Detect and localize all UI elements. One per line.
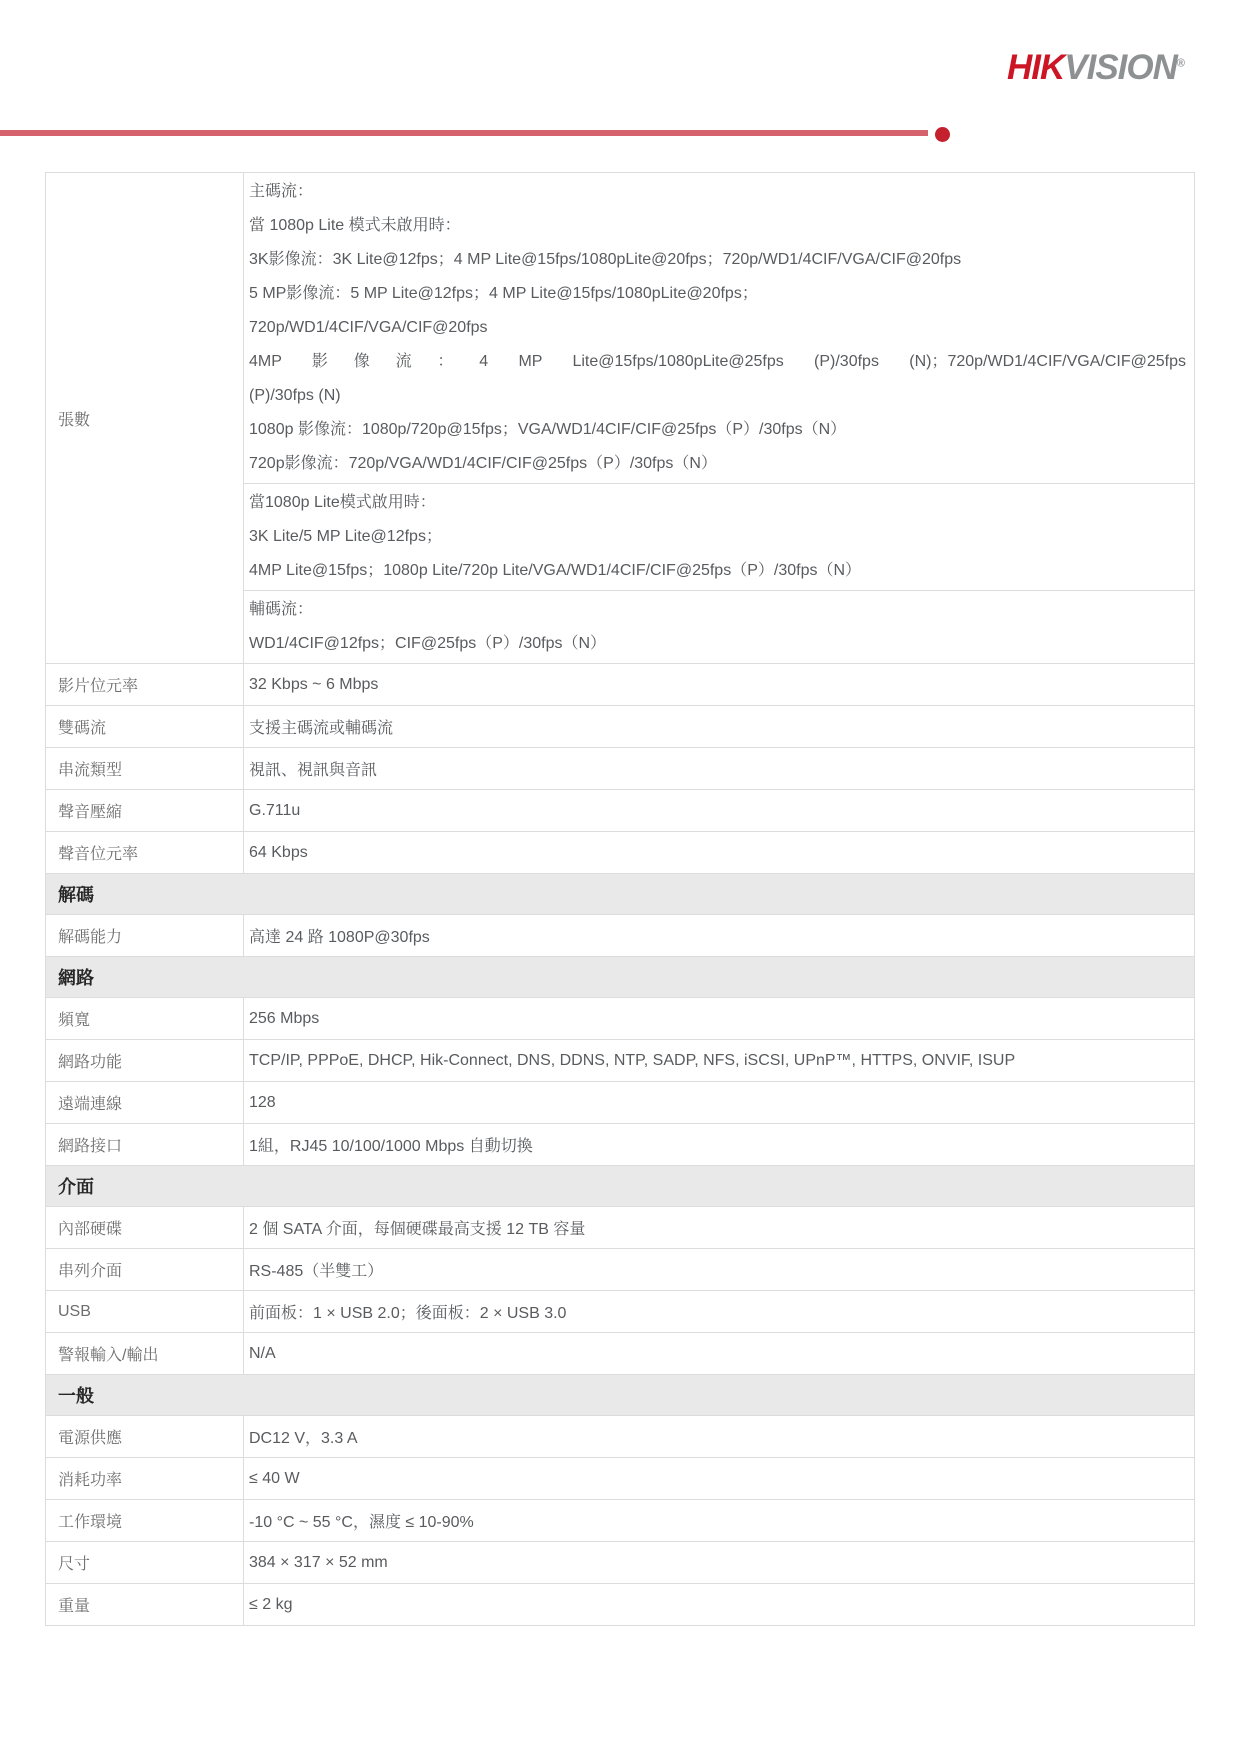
spec-label: 解碼能力 — [46, 915, 244, 956]
spec-label: 警報輸入/輸出 — [46, 1333, 244, 1374]
spec-row: 影片位元率32 Kbps ~ 6 Mbps — [46, 664, 1194, 706]
spec-label: 張數 — [46, 173, 244, 663]
spec-row: 聲音壓縮G.711u — [46, 790, 1194, 832]
spec-row: 頻寬256 Mbps — [46, 998, 1194, 1040]
spec-value: RS-485（半雙工） — [244, 1249, 1194, 1290]
spec-row: 尺寸384 × 317 × 52 mm — [46, 1542, 1194, 1584]
spec-row: 消耗功率≤ 40 W — [46, 1458, 1194, 1500]
spec-value: 256 Mbps — [244, 998, 1194, 1039]
spec-row: 工作環境-10 °C ~ 55 °C，濕度 ≤ 10-90% — [46, 1500, 1194, 1542]
spec-label: 雙碼流 — [46, 706, 244, 747]
spec-row: 雙碼流支援主碼流或輔碼流 — [46, 706, 1194, 748]
spec-value: 高達 24 路 1080P@30fps — [244, 915, 1194, 956]
spec-line: 3K Lite/5 MP Lite@12fps； — [249, 520, 1186, 554]
spec-value-blocks: 主碼流：當 1080p Lite 模式未啟用時：3K影像流：3K Lite@12… — [244, 173, 1194, 663]
spec-value: TCP/IP, PPPoE, DHCP, Hik-Connect, DNS, D… — [244, 1040, 1194, 1081]
spec-row: USB前面板：1 × USB 2.0；後面板：2 × USB 3.0 — [46, 1291, 1194, 1333]
spec-row: 解碼能力高達 24 路 1080P@30fps — [46, 915, 1194, 957]
spec-label: 聲音位元率 — [46, 832, 244, 873]
spec-value: 64 Kbps — [244, 832, 1194, 873]
spec-value: 前面板：1 × USB 2.0；後面板：2 × USB 3.0 — [244, 1291, 1194, 1332]
spec-line: 720p影像流：720p/VGA/WD1/4CIF/CIF@25fps（P）/3… — [249, 447, 1186, 481]
section-title: 介面 — [46, 1173, 94, 1199]
hikvision-logo: HIKVISION® — [1007, 48, 1184, 88]
section-header-row: 解碼 — [46, 874, 1194, 915]
spec-value: ≤ 2 kg — [244, 1584, 1194, 1625]
spec-line: 4MP Lite@15fps；1080p Lite/720p Lite/VGA/… — [249, 554, 1186, 588]
spec-line: 720p/WD1/4CIF/VGA/CIF@20fps — [249, 311, 1186, 345]
spec-label: USB — [46, 1291, 244, 1332]
spec-row: 串列介面RS-485（半雙工） — [46, 1249, 1194, 1291]
section-header-row: 介面 — [46, 1166, 1194, 1207]
spec-value: ≤ 40 W — [244, 1458, 1194, 1499]
spec-value: 視訊、視訊與音訊 — [244, 748, 1194, 789]
spec-label: 影片位元率 — [46, 664, 244, 705]
logo-vision-text: VISION — [1064, 48, 1177, 87]
spec-label: 網路接口 — [46, 1124, 244, 1165]
spec-value: -10 °C ~ 55 °C，濕度 ≤ 10-90% — [244, 1500, 1194, 1541]
page: HIKVISION® 張數主碼流：當 1080p Lite 模式未啟用時：3K影… — [0, 0, 1240, 1754]
spec-value: 支援主碼流或輔碼流 — [244, 706, 1194, 747]
spec-line: 1080p 影像流：1080p/720p@15fps；VGA/WD1/4CIF/… — [249, 413, 1186, 447]
logo-hik-text: HIK — [1007, 48, 1064, 87]
spec-row: 串流類型視訊、視訊與音訊 — [46, 748, 1194, 790]
spec-row: 重量≤ 2 kg — [46, 1584, 1194, 1625]
spec-line: 主碼流： — [249, 175, 1186, 209]
stream-spec-block: 輔碼流：WD1/4CIF@12fps；CIF@25fps（P）/30fps（N） — [244, 591, 1194, 663]
spec-label: 重量 — [46, 1584, 244, 1625]
spec-label: 串流類型 — [46, 748, 244, 789]
spec-line: 3K影像流：3K Lite@12fps；4 MP Lite@15fps/1080… — [249, 243, 1186, 277]
spec-label: 工作環境 — [46, 1500, 244, 1541]
spec-line: 5 MP影像流：5 MP Lite@12fps；4 MP Lite@15fps/… — [249, 277, 1186, 311]
section-header-row: 一般 — [46, 1375, 1194, 1416]
spec-table: 張數主碼流：當 1080p Lite 模式未啟用時：3K影像流：3K Lite@… — [45, 172, 1195, 1626]
spec-line: (P)/30fps (N) — [249, 379, 1186, 413]
spec-row: 聲音位元率64 Kbps — [46, 832, 1194, 874]
spec-value: G.711u — [244, 790, 1194, 831]
spec-label: 網路功能 — [46, 1040, 244, 1081]
section-title: 一般 — [46, 1382, 94, 1408]
spec-label: 頻寬 — [46, 998, 244, 1039]
header-divider-dot — [935, 127, 950, 142]
spec-value: 384 × 317 × 52 mm — [244, 1542, 1194, 1583]
spec-line: WD1/4CIF@12fps；CIF@25fps（P）/30fps（N） — [249, 627, 1186, 661]
spec-label: 內部硬碟 — [46, 1207, 244, 1248]
spec-row: 電源供應DC12 V，3.3 A — [46, 1416, 1194, 1458]
stream-spec-block: 當1080p Lite模式啟用時：3K Lite/5 MP Lite@12fps… — [244, 484, 1194, 591]
spec-value: 1組，RJ45 10/100/1000 Mbps 自動切換 — [244, 1124, 1194, 1165]
logo-registered-mark: ® — [1177, 57, 1184, 69]
spec-label: 串列介面 — [46, 1249, 244, 1290]
spec-label: 遠端連線 — [46, 1082, 244, 1123]
header-divider-line — [0, 130, 928, 136]
spec-value: 128 — [244, 1082, 1194, 1123]
stream-spec-block: 主碼流：當 1080p Lite 模式未啟用時：3K影像流：3K Lite@12… — [244, 173, 1194, 484]
spec-label: 聲音壓縮 — [46, 790, 244, 831]
spec-line: 當 1080p Lite 模式未啟用時： — [249, 209, 1186, 243]
spec-label: 消耗功率 — [46, 1458, 244, 1499]
spec-row: 網路功能TCP/IP, PPPoE, DHCP, Hik-Connect, DN… — [46, 1040, 1194, 1082]
spec-value: N/A — [244, 1333, 1194, 1374]
spec-row: 警報輸入/輸出N/A — [46, 1333, 1194, 1375]
spec-row: 網路接口1組，RJ45 10/100/1000 Mbps 自動切換 — [46, 1124, 1194, 1166]
section-title: 解碼 — [46, 881, 94, 907]
spec-label: 尺寸 — [46, 1542, 244, 1583]
spec-label: 電源供應 — [46, 1416, 244, 1457]
spec-row: 遠端連線128 — [46, 1082, 1194, 1124]
spec-value: 32 Kbps ~ 6 Mbps — [244, 664, 1194, 705]
spec-line: 輔碼流： — [249, 593, 1186, 627]
spec-line: 當1080p Lite模式啟用時： — [249, 486, 1186, 520]
section-title: 網路 — [46, 964, 94, 990]
spec-value: 2 個 SATA 介面，每個硬碟最高支援 12 TB 容量 — [244, 1207, 1194, 1248]
spec-row: 內部硬碟2 個 SATA 介面，每個硬碟最高支援 12 TB 容量 — [46, 1207, 1194, 1249]
spec-line: 4MP 影像流：4 MP Lite@15fps/1080pLite@25fps … — [249, 345, 1186, 379]
section-header-row: 網路 — [46, 957, 1194, 998]
spec-value: DC12 V，3.3 A — [244, 1416, 1194, 1457]
spec-row-multiline: 張數主碼流：當 1080p Lite 模式未啟用時：3K影像流：3K Lite@… — [46, 173, 1194, 664]
